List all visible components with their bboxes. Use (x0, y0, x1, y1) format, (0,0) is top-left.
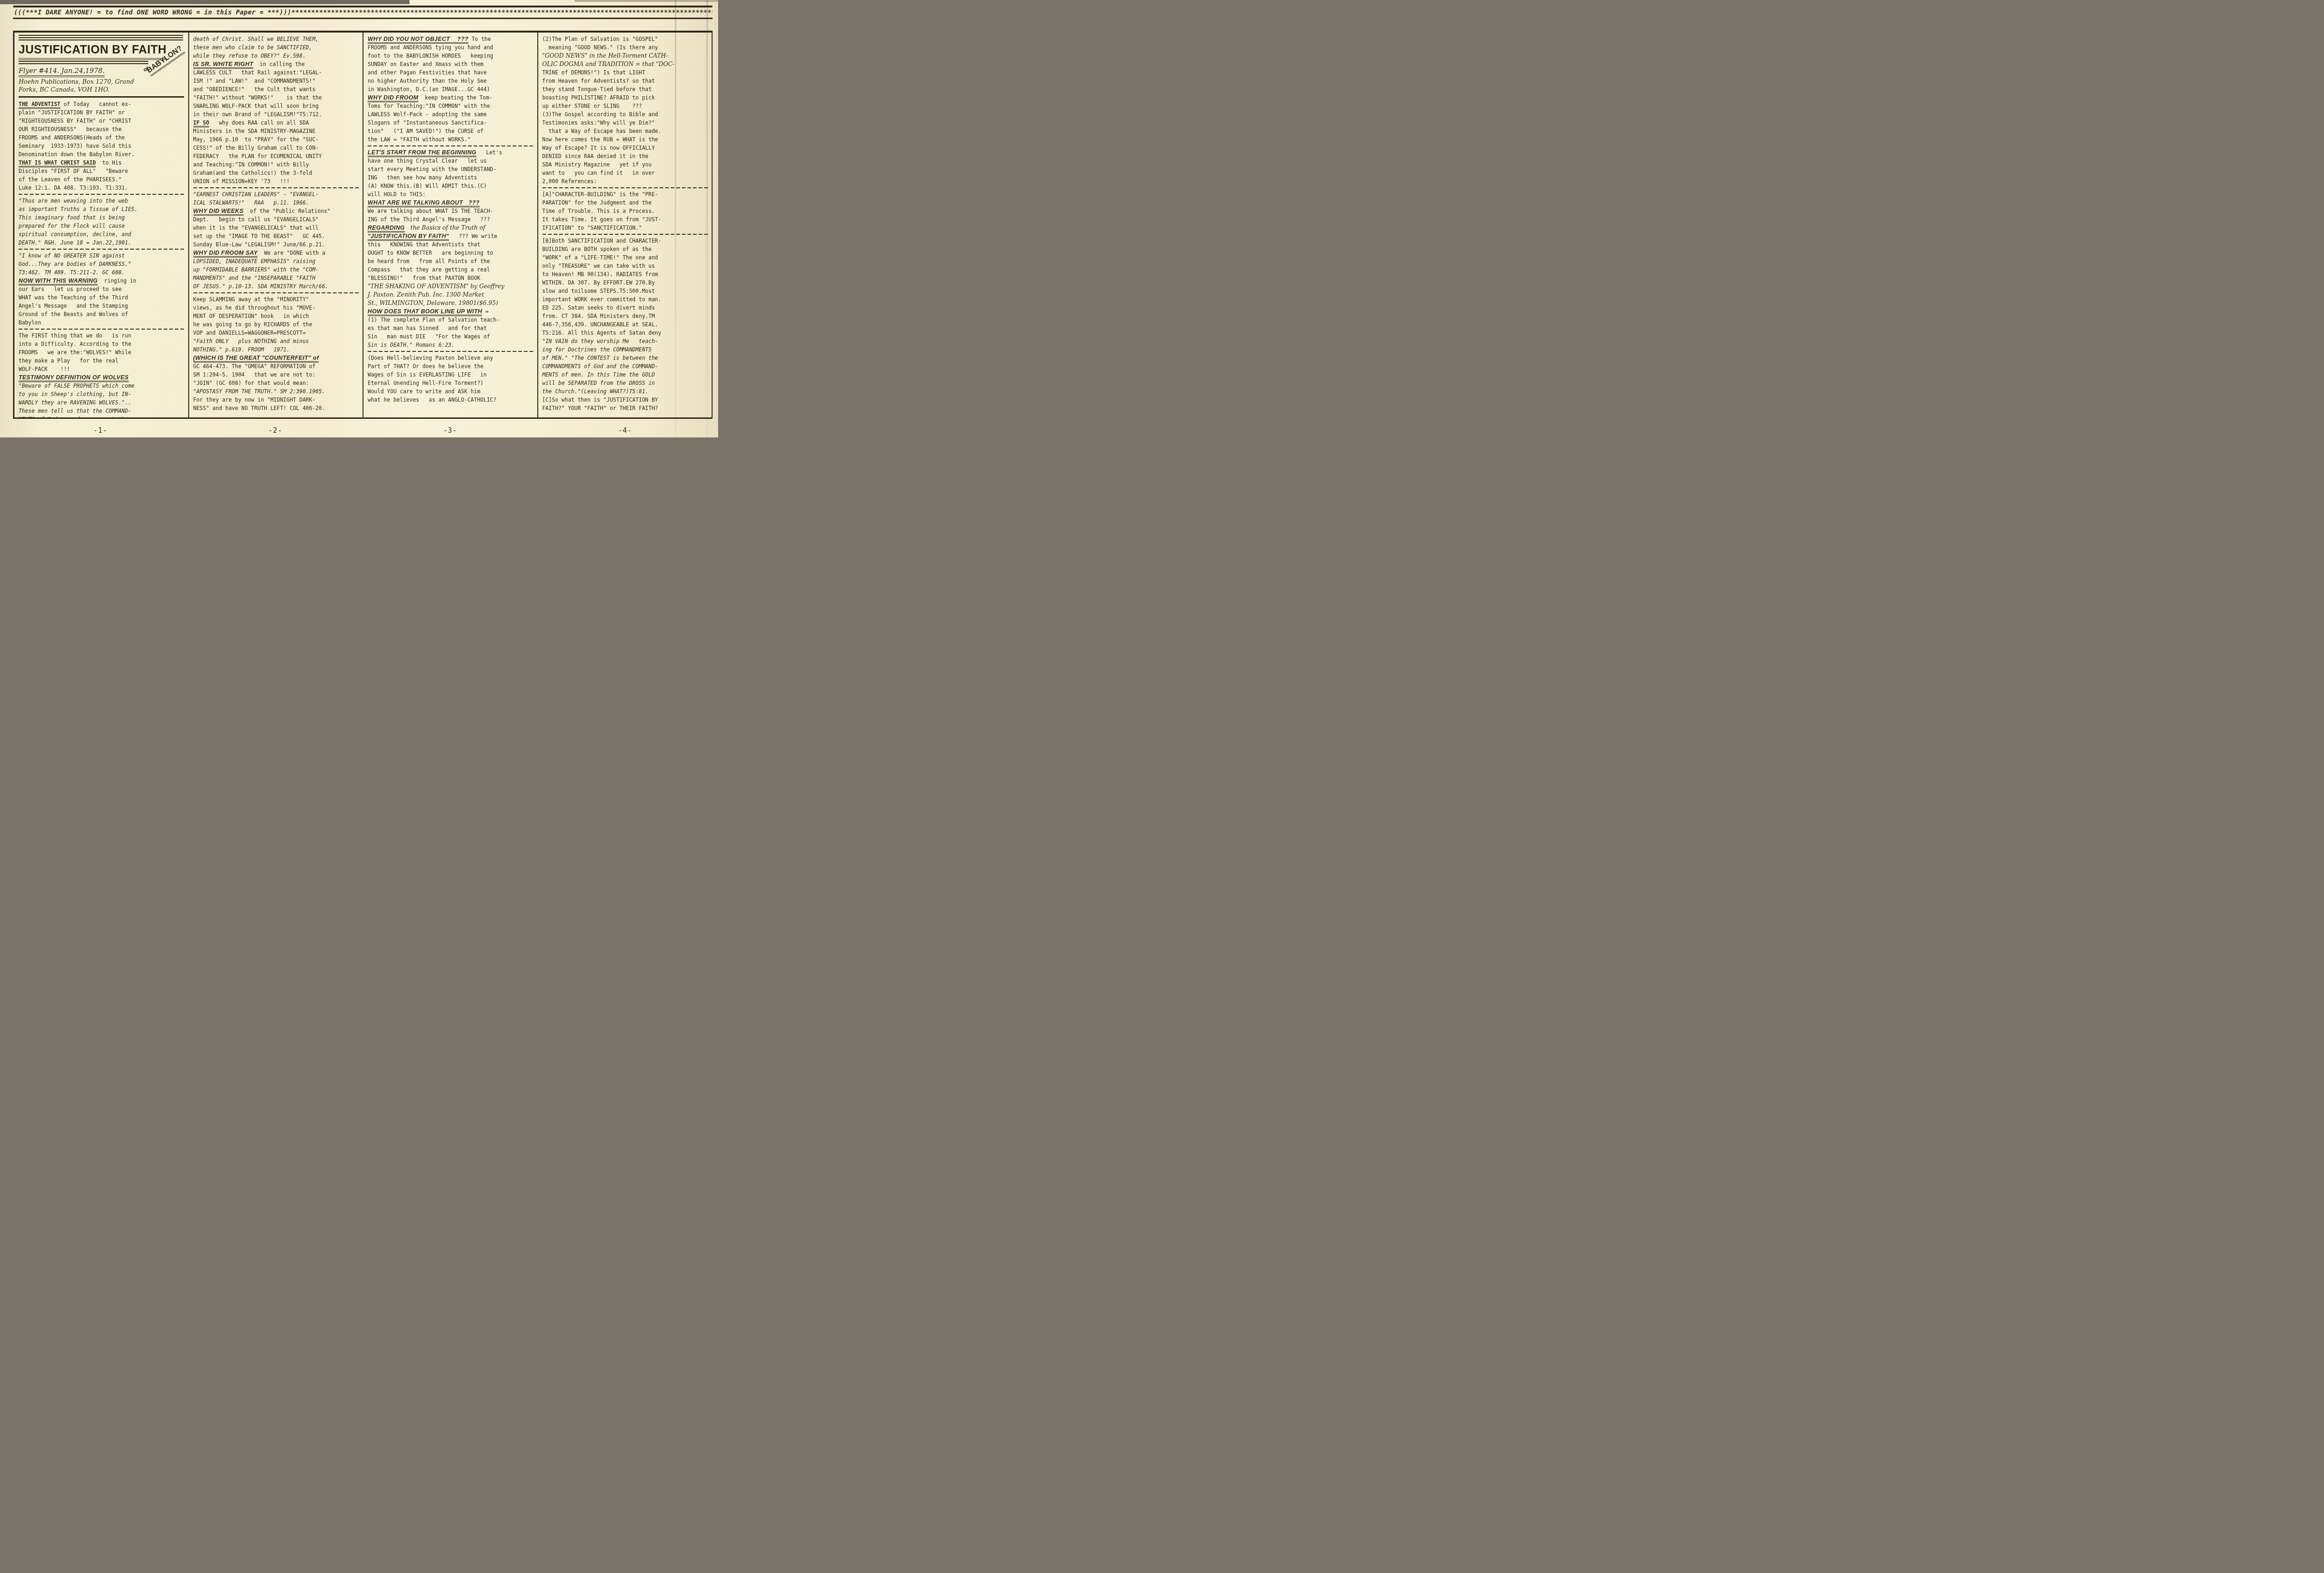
banner-rule-bottom (13, 18, 713, 19)
text-line: our Ears let us proceed to see (19, 285, 185, 293)
text-line: Compass that they are getting a real (368, 265, 534, 274)
text-line: and "OBEDIENCE!" the Cult that wants (193, 85, 360, 93)
text-line: WHY DID FROOM SAY We are "DONE with a (193, 249, 360, 257)
masthead: JUSTIFICATION BY FAITH or BABYLON? Flyer… (19, 35, 185, 98)
text-line: they make a Play for the real (19, 357, 185, 365)
text-line: these men who claim to be SANCTIFIED, (193, 43, 360, 52)
text-line: "FAITH!" without "WORKS!" is that the (193, 93, 360, 102)
text-line: T5:216. All this Agents of Satan deny (542, 329, 709, 337)
page-title: JUSTIFICATION BY FAITH (19, 43, 166, 60)
text-line: MENTS of men. In this Time the GOLD (542, 370, 709, 379)
section-divider (19, 327, 185, 331)
text-line: MANDMENTS" and the "INSEPARABLE "FAITH (193, 274, 360, 282)
text-line: FROOMS and ANDERSONS tying you hand and (368, 43, 534, 52)
text-line: SUNDAY on Easter and Xmass with them (368, 60, 534, 68)
text-line: (A) KNOW this.(B) Will ADMIT this.(C) (368, 182, 534, 190)
text-line: IS SR. WHITE RIGHT in calling the (193, 60, 360, 68)
text-line: COMMANDMENTS of God and the COMMAND- (542, 362, 709, 370)
text-line: have one thing Crystal Clear let us (368, 157, 534, 165)
text-line: "THE SHAKING OF ADVENTISM" by Geoffrey (368, 282, 534, 291)
text-line: Babylon (19, 318, 185, 327)
text-line: "WORK" of a "LIFE-TIME!" The one and (542, 253, 709, 262)
column-2: death of Christ. Shall we BELIEVE THEM,t… (188, 33, 363, 417)
section-divider (19, 247, 185, 251)
text-line: LAWLESS CULT that Rail against:"LEGAL- (193, 68, 360, 77)
text-line: OUR RIGHTEOUSNESS" because the (19, 125, 185, 133)
text-line: LOPSIDED, INADEQUATE EMPHASIS" raising (193, 257, 360, 265)
text-line: J. Paxton. Zenith Pub. Inc. 1300 Market (368, 291, 534, 299)
scan-artifact-top (0, 0, 409, 4)
text-line: while they refuse to OBEY?" Ev.598. (193, 52, 360, 60)
text-line: BUILDING are BOTH spoken of as the (542, 245, 709, 253)
text-line: SDA Ministry Magazine yet if you (542, 160, 709, 169)
columns-container: JUSTIFICATION BY FAITH or BABYLON? Flyer… (13, 31, 713, 419)
text-line: ED 225. Satan seeks to divert minds (542, 304, 709, 312)
text-line: Sin man must DIE "For the Wages of (368, 332, 534, 341)
text-line: death of Christ. Shall we BELIEVE THEM, (193, 35, 360, 43)
text-line: Denomination down the Babylon River. (19, 150, 185, 159)
text-line: meaning "GOOD NEWS." (Is there any (542, 43, 709, 52)
text-line: Ministers in the SDA MINISTRY-MAGAZINE (193, 127, 360, 135)
text-line: Now here comes the RUB = WHAT is the (542, 135, 709, 144)
page-number-2: -2- (188, 426, 363, 435)
text-line: [C]So what then is "JUSTIFICATION BY (542, 396, 709, 404)
text-line: spiritual consumption, decline, and (19, 230, 185, 238)
masthead-rules-top (19, 35, 183, 41)
column-2-text: death of Christ. Shall we BELIEVE THEM,t… (193, 35, 360, 412)
text-line: (2)The Plan of Salvation is "GOSPEL" (542, 35, 709, 43)
text-line: "GOOD NEWS" in the Hell-Torment CATH- (542, 52, 709, 60)
text-line: be heard from from all Points of the (368, 257, 534, 265)
text-line: "JOIN" (GC 608) for that would mean: (193, 379, 360, 387)
banner-dare-text: (((***I DARE ANYONE! = to find ONE WORD … (14, 9, 291, 16)
section-divider (368, 144, 534, 148)
text-line: PARATION" for the Judgment and the (542, 198, 709, 207)
text-line: as important Truths a Tissue of LIES. (19, 205, 185, 213)
text-line: ING then see how many Adventists (368, 173, 534, 182)
text-line: prepared for the Flock will cause (19, 222, 185, 230)
text-line: up either STONE or SLING ??? (542, 102, 709, 110)
text-line: "Thus are men weaving into the web (19, 197, 185, 205)
text-line: SNARLING WOLF-PACK that will soon bring (193, 102, 360, 110)
text-line: ING of the Third Angel's Message ??? (368, 215, 534, 224)
text-line: Time of Trouble. This is a Process. (542, 207, 709, 215)
text-line: in Washington, D.C.(an IMAGE...GC 444) (368, 85, 534, 93)
text-line: the Church."(Leaving WHAT?)T5:81. (542, 387, 709, 396)
text-line: tion" ("I AM SAVED!") the CURSE of (368, 127, 534, 135)
text-line: Luke 12:1. DA 408. T3:193. T1:331. (19, 184, 185, 192)
text-line: FAITH?" YOUR "FAITH" or THEIR FAITH? (542, 404, 709, 412)
text-line: 2,000 References: (542, 177, 709, 185)
text-line: WITHIN. DA 307. By EFFORT.EW 270.By (542, 278, 709, 287)
text-line: will be SEPARATED from the DROSS in (542, 379, 709, 387)
text-line: SM 1:204-5. 1904 that we are not to: (193, 370, 360, 379)
text-line: FEDERACY the PLAN for ECUMENICAL UNITY (193, 152, 360, 160)
text-line: 446-7,356,439. UNCHANGEABLE at SEAL. (542, 320, 709, 329)
text-line: "Beware of FALSE PROPHETS which come (19, 382, 185, 390)
text-line: CESS!" of the Billy Graham call to CON- (193, 144, 360, 152)
text-line: what he believes as an ANGLO-CATHOLIC? (368, 396, 534, 404)
text-line: from Heaven for Adventists? so that (542, 77, 709, 85)
section-divider (542, 186, 709, 190)
text-line: May, 1966 p.10 to "PRAY" for the "SUC- (193, 135, 360, 144)
scanned-newsletter-page: (((***I DARE ANYONE! = to find ONE WORD … (0, 0, 718, 437)
text-line: the LAW = "FAITH without WORKS." (368, 135, 534, 144)
text-line: and other Pagan Festivities that have (368, 68, 534, 77)
text-line: when it is the "EVANGELICALS" that will (193, 224, 360, 232)
text-line: God...They are bodies of DARKNESS." (19, 260, 185, 268)
text-line: WARDLY they are RAVENING WOLVES.".. (19, 398, 185, 407)
text-line: [A]"CHARACTER-BUILDING" is the "PRE- (542, 190, 709, 198)
text-line: LAWLESS Wolf-Pack - adopting the same (368, 110, 534, 119)
publisher-line-1: Hoehn Publications, Box 1270, Grand (19, 79, 134, 86)
text-line: that a Way of Escape has been made. (542, 127, 709, 135)
text-line: THAT IS WHAT CHRIST SAID to His (19, 159, 185, 167)
text-line: WOLF-PACK !!! (19, 365, 185, 373)
text-line: Slogans of "Instantaneous Sanctifica- (368, 119, 534, 127)
column-4-text: (2)The Plan of Salvation is "GOSPEL" mea… (542, 35, 709, 412)
text-line: FROOMS we are the:"WOLVES!" While (19, 348, 185, 357)
text-line: DENIED since RAA denied it in the (542, 152, 709, 160)
text-line: OUGHT to KNOW BETTER are beginning to (368, 249, 534, 257)
text-line: Sunday Blue-Law "LEGALISM!" June/66.p.21… (193, 240, 360, 249)
text-line: NESS" and have NO TRUTH LEFT! COL 406-20… (193, 404, 360, 412)
text-line: "JUSTIFICATION BY FAITH" ??? We write (368, 232, 534, 240)
text-line: Toms for Teaching:"IN COMMON" with the (368, 102, 534, 110)
text-line: "APOSTASY FROM THE TRUTH." SM 2:390.1905… (193, 387, 360, 396)
text-line: ISM !" and "LAW!" and "COMMANDMENTS!" (193, 77, 360, 85)
text-line: want to you can find it in over (542, 169, 709, 177)
text-line: "RIGHTEOUSNESS BY FAITH" or "CHRIST (19, 117, 185, 125)
text-line: Ground of the Beasts and Wolves of (19, 310, 185, 318)
text-line: MENTS of God were done away at the (19, 415, 185, 417)
text-line: GC 464-473. The "OMEGA" REFORMATION of (193, 362, 360, 370)
text-line: ICAL STALWARTS!" RAA p.11. 1966. (193, 198, 360, 207)
text-line: Seminary 1933-1973) have Sold this (19, 142, 185, 150)
text-line: start every Meeting with the UNDERSTAND- (368, 165, 534, 173)
text-line: to you in Sheep's clothing, but IN- (19, 390, 185, 398)
text-line: Way of Escape? It is now OFFICIALLY (542, 144, 709, 152)
text-line: "Faith ONLY plus NOTHING and minus (193, 337, 360, 345)
text-line: REGARDING the Basics of the Truth of (368, 224, 534, 232)
column-3: WHY DID YOU NOT OBJECT ??? To theFROOMS … (363, 33, 537, 417)
text-line: Would YOU care to write and ASK him (368, 387, 534, 396)
text-line: this KNOWING that Adventists that (368, 240, 534, 249)
publisher-line-2: Forks, BC Canada. VOH 1HO. (19, 86, 110, 93)
text-line: NOTHING." p.619. FROOM 1971. (193, 345, 360, 354)
section-divider (542, 232, 709, 236)
text-line: "EARNEST CHRISTIAN LEADERS" - "EVANGEL- (193, 190, 360, 198)
page-number-3: -3- (363, 426, 538, 435)
page-number-1: -1- (13, 426, 188, 435)
text-line: to Heaven! MB 90(134). RADIATES from (542, 270, 709, 278)
text-line: Keep SLAMMING away at the "MINORITY" (193, 295, 360, 304)
text-line: plain "JUSTIFICATION BY FAITH" or (19, 108, 185, 117)
column-1-text: THE ADVENTIST of Today cannot ex-plain "… (19, 100, 185, 417)
text-line: T3:462. TM 409. T5:211-2. GC 608. (19, 268, 185, 277)
text-line: THE ADVENTIST of Today cannot ex- (19, 100, 185, 108)
text-line: foot to the BABYLONISH HORDES keeping (368, 52, 534, 60)
text-line: TRINE of DEMONS!") Is that LIGHT (542, 68, 709, 77)
text-line: MENT OF DESPERATION" book in which (193, 312, 360, 320)
page-numbers: -1- -2- -3- -4- (13, 426, 713, 435)
text-line: (WHICH IS THE GREAT "COUNTERFEIT" of (193, 354, 360, 362)
column-3-text: WHY DID YOU NOT OBJECT ??? To theFROOMS … (368, 35, 534, 404)
text-line: WHY DID YOU NOT OBJECT ??? To the (368, 35, 534, 43)
text-line: OF JESUS." p.10-13. SDA MINISTRY March/6… (193, 282, 360, 291)
banner-stars: ****************************************… (291, 9, 713, 16)
text-line: Disciples "FIRST OF ALL" "Beware (19, 167, 185, 175)
text-line: es that man has Sinned and for that (368, 324, 534, 332)
text-line: of MEN." "The CONTEST is between the (542, 354, 709, 362)
scan-artifact-top-right (574, 0, 718, 2)
text-line: Eternal Unending Hell-Fire Torment?) (368, 379, 534, 387)
text-line: they stand Tongue-Tied before that (542, 85, 709, 93)
text-line: These men tell us that the COMMAND- (19, 407, 185, 415)
text-line: from. CT 384. SDA Ministers deny.TM (542, 312, 709, 320)
section-divider (368, 350, 534, 353)
text-line: This imaginary food that is being (19, 213, 185, 222)
text-line: of the Leaven of the PHARISEES." (19, 175, 185, 184)
text-line: WHAT ARE WE TALKING ABOUT ??? (368, 198, 534, 207)
text-line: slow and toilsome STEPS.T5:500.Most (542, 287, 709, 295)
text-line: [B]Both SANCTIFICATION and CHARACTER- (542, 237, 709, 245)
text-line: Graham(and the Catholics!) the 3-fold (193, 169, 360, 177)
text-line: only "TREASURE" we can take with us (542, 262, 709, 270)
text-line: no higher Authority than the Holy See (368, 77, 534, 85)
text-line: boasting PHILISTINE? AFRAID to pick (542, 93, 709, 102)
text-line: UNION of MISSION=KEY '73 !!! (193, 177, 360, 185)
text-line: he was going to go by RICHARDS of the (193, 320, 360, 329)
text-line: (3)The Gospel according to Bible and (542, 110, 709, 119)
text-line: St., WILMINGTON, Delaware. 19801($6.95) (368, 299, 534, 307)
text-line: WHY DID FROOM keep beating the Tom- (368, 93, 534, 102)
text-line: important WORK ever committed to man. (542, 295, 709, 304)
column-4: (2)The Plan of Salvation is "GOSPEL" mea… (537, 33, 713, 417)
text-line: up "FORMIDABLE BARRIERS" with the "COM- (193, 265, 360, 274)
column-1: JUSTIFICATION BY FAITH or BABYLON? Flyer… (13, 33, 188, 417)
text-line: IFICATION" to "SANCTIFICATION." (542, 224, 709, 232)
text-line: Dept. begin to call us "EVANGELICALS" (193, 215, 360, 224)
page-number-4: -4- (538, 426, 713, 435)
text-line: We are talking about WHAT IS THE TEACH- (368, 207, 534, 215)
flyer-number: Flyer #414. Jan.24,1978. (19, 67, 105, 77)
text-line: HOW DOES THAT BOOK LINE UP WITH = (368, 307, 534, 316)
text-line: The FIRST thing that we do is run (19, 331, 185, 340)
section-divider (19, 192, 185, 196)
text-line: in their own Brand of "LEGALISM!"T5:712. (193, 110, 360, 119)
text-line: FROOMS and ANDERSONS(Heads of the (19, 133, 185, 142)
text-line: Sin is DEATH." Romans 6:23. (368, 341, 534, 349)
top-banner: (((***I DARE ANYONE! = to find ONE WORD … (13, 6, 713, 19)
text-line: WHY DID WEEKS of the "Public Relations" (193, 207, 360, 215)
banner-text: (((***I DARE ANYONE! = to find ONE WORD … (13, 7, 713, 17)
masthead-rules-mid (19, 61, 148, 66)
section-divider (193, 186, 360, 190)
text-line: will HOLD to THIS: (368, 190, 534, 198)
text-line: "IN VAIN do they worship Me teach- (542, 337, 709, 345)
text-line: ing for Doctrines the COMMANDMENTS (542, 345, 709, 354)
text-line: views, as he did throughout his "MOVE- (193, 304, 360, 312)
text-line: into a Difficulty. According to the (19, 340, 185, 348)
text-line: set up the "IMAGE TO THE BEAST" GC 445. (193, 232, 360, 240)
text-line: and Teaching:"IN COMMON!" with Billy (193, 160, 360, 169)
text-line: NOW WITH THIS WARNING ringing in (19, 277, 185, 285)
text-line: "BLESSING!" from that PAXTON BOOK (368, 274, 534, 282)
text-line: It takes Time. It goes on from "JUST- (542, 215, 709, 224)
text-line: LET'S START FROM THE BEGINNING Let's (368, 148, 534, 157)
text-line: WHAT was the Teaching of the Third (19, 293, 185, 302)
text-line: VOP and DANIELLS=WAGGONER=PRESCOTT= (193, 329, 360, 337)
text-line: Angel's Message and the Stamping (19, 302, 185, 310)
text-line: (1) The complete Plan of Salvation teach… (368, 316, 534, 324)
text-line: TESTIMONY DEFINITION OF WOLVES (19, 373, 185, 382)
publisher-address: Hoehn Publications, Box 1270, Grand Fork… (19, 77, 184, 98)
text-line: DEATH." R&H. June 18 = Jan.22,1901. (19, 238, 185, 247)
text-line: For they are by now in "MIDNIGHT DARK- (193, 396, 360, 404)
section-divider (193, 291, 360, 295)
text-line: Wages of Sin is EVERLASTING LIFE in (368, 370, 534, 379)
text-line: Testimonies asks:"Why will ye Die?" (542, 119, 709, 127)
text-line: Part of THAT? Or does he believe the (368, 362, 534, 370)
text-line: (Does Hell-believing Paxton believe any (368, 354, 534, 362)
text-line: "I know of NO GREATER SIN against (19, 251, 185, 260)
text-line: IF SO why does RAA call on all SDA (193, 119, 360, 127)
text-line: OLIC DOGMA and TRADITION = that "DOC- (542, 60, 709, 68)
